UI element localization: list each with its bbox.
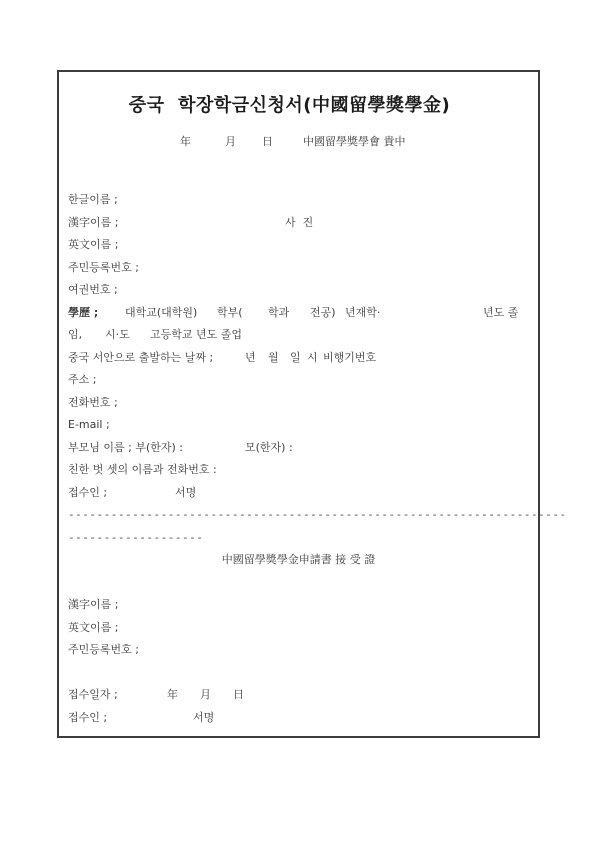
row-hanja-name: 漢字이름 ; 사 진 xyxy=(59,216,538,239)
receipt-receiver-label: 접수인 ; xyxy=(68,711,107,725)
education-enrolled: 년재학· xyxy=(345,306,380,320)
address-label: 주소 ; xyxy=(68,373,96,387)
education-grad-part2: 임, xyxy=(68,328,82,342)
date-recipient-line: 年 月 日 中國留學獎學會 貴中 xyxy=(59,133,538,149)
receipt-resident-id-label: 주민등록번호 ; xyxy=(68,643,139,657)
row-blank-1 xyxy=(59,576,538,599)
receipt-signature-label: 서명 xyxy=(193,711,214,725)
hanja-name-label: 漢字이름 ; xyxy=(68,216,118,230)
row-resident-id: 주민등록번호 ; xyxy=(59,261,538,284)
departure-month: 월 xyxy=(268,351,279,365)
receipt-title: 中國留學獎學金申請書 接 受 證 xyxy=(59,553,538,567)
form-title: 중국 학장학금신청서(中國留學獎學金) xyxy=(59,91,520,117)
education-city: 시·도 xyxy=(105,328,130,342)
departure-day: 일 xyxy=(290,351,301,365)
receipt-hanja-name-label: 漢字이름 ; xyxy=(68,598,118,612)
date-year-label: 年 xyxy=(180,133,191,149)
receipt-month-label: 月 xyxy=(200,688,211,702)
row-passport-no: 여권번호 ; xyxy=(59,283,538,306)
form-body: 한글이름 ; 漢字이름 ; 사 진 英文이름 ; 주민등록번호 ; 여권번호 ;… xyxy=(59,193,538,733)
row-receipt-english-name: 英文이름 ; xyxy=(59,621,538,644)
receiver-label: 접수인 ; xyxy=(68,486,107,500)
departure-hour: 시 xyxy=(307,351,318,365)
education-highschool: 고등학교 년도 졸업 xyxy=(150,328,242,342)
row-phone: 전화번호 ; xyxy=(59,396,538,419)
parents-label: 부모님 이름 ; 부(한자) : xyxy=(68,441,183,455)
form-border-box: 중국 학장학금신청서(中國留學獎學金) 年 月 日 中國留學獎學會 貴中 한글이… xyxy=(57,70,540,738)
row-separator-2: ------------------- xyxy=(59,531,538,554)
date-day-label: 日 xyxy=(262,133,273,149)
row-receipt-receiver: 접수인 ; 서명 xyxy=(59,711,538,734)
row-parents: 부모님 이름 ; 부(한자) : 모(한자) : xyxy=(59,441,538,464)
row-separator-1: ----------------------------------------… xyxy=(59,508,538,531)
departure-year: 년 xyxy=(245,351,256,365)
education-label: 學歷 ; xyxy=(68,306,98,320)
education-grad-part1: 년도 졸 xyxy=(483,306,518,320)
phone-label: 전화번호 ; xyxy=(68,396,118,410)
departure-flight: 비행기번호 xyxy=(323,351,376,365)
row-blank-2 xyxy=(59,666,538,689)
row-receipt-date: 접수일자 ; 年 月 日 xyxy=(59,688,538,711)
email-label: E-mail ; xyxy=(68,418,110,432)
education-department: 학과 xyxy=(268,306,289,320)
receipt-date-label: 접수일자 ; xyxy=(68,688,118,702)
row-receiver: 접수인 ; 서명 xyxy=(59,486,538,509)
education-faculty: 학부( xyxy=(217,306,243,320)
education-university: 대학교(대학원) xyxy=(125,306,197,320)
separator-line-1: ----------------------------------------… xyxy=(68,508,567,522)
row-korean-name: 한글이름 ; xyxy=(59,193,538,216)
row-education-1: 學歷 ; 대학교(대학원) 학부( 학과 전공) 년재학· 년도 졸 xyxy=(59,306,538,329)
education-major: 전공) xyxy=(310,306,336,320)
resident-id-label: 주민등록번호 ; xyxy=(68,261,139,275)
receipt-year-label: 年 xyxy=(167,688,178,702)
departure-label: 중국 서안으로 출발하는 날짜 ; xyxy=(68,351,213,365)
row-address: 주소 ; xyxy=(59,373,538,396)
receipt-day-label: 日 xyxy=(233,688,244,702)
korean-name-label: 한글이름 ; xyxy=(68,193,118,207)
parents-mother-label: 모(한자) : xyxy=(245,441,293,455)
row-friends: 친한 벗 셋의 이름과 전화번호 : xyxy=(59,463,538,486)
photo-label: 사 진 xyxy=(285,216,313,230)
passport-no-label: 여권번호 ; xyxy=(68,283,118,297)
friends-label: 친한 벗 셋의 이름과 전화번호 : xyxy=(68,463,217,477)
row-english-name: 英文이름 ; xyxy=(59,238,538,261)
date-month-label: 月 xyxy=(225,133,236,149)
row-receipt-title: 中國留學獎學金申請書 接 受 證 xyxy=(59,553,538,576)
row-receipt-hanja-name: 漢字이름 ; xyxy=(59,598,538,621)
row-departure: 중국 서안으로 출발하는 날짜 ; 년 월 일 시 비행기번호 xyxy=(59,351,538,374)
english-name-label: 英文이름 ; xyxy=(68,238,118,252)
row-receipt-resident-id: 주민등록번호 ; xyxy=(59,643,538,666)
receipt-english-name-label: 英文이름 ; xyxy=(68,621,118,635)
recipient-org-label: 中國留學獎學會 貴中 xyxy=(303,133,406,149)
separator-line-2: ------------------- xyxy=(68,531,203,545)
row-email: E-mail ; xyxy=(59,418,538,441)
row-education-2: 임, 시·도 고등학교 년도 졸업 xyxy=(59,328,538,351)
signature-label: 서명 xyxy=(175,486,196,500)
